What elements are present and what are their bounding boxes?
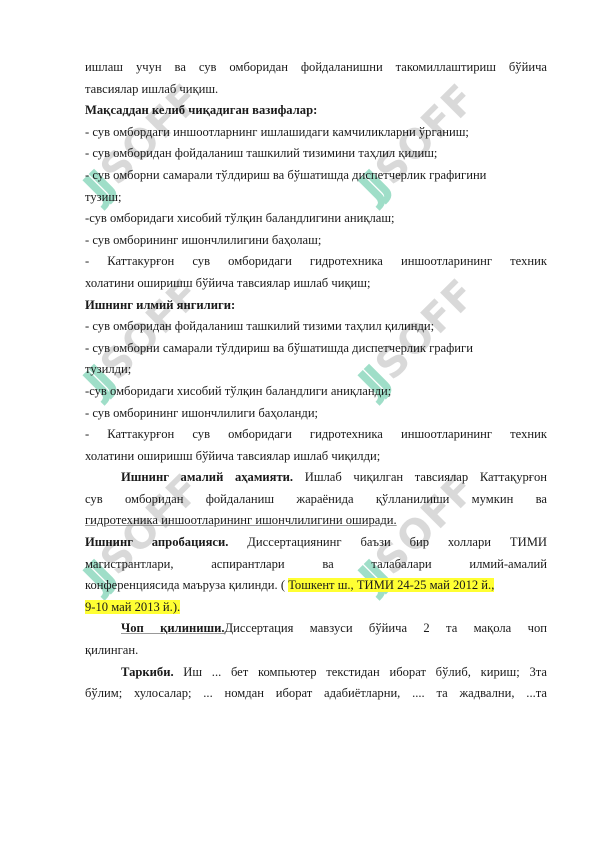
text-line: холатини оширишш бўйича тавсиялар ишлаб … [85, 273, 547, 295]
text-line: - сув омборидан фойдаланиш ташкилий тизи… [85, 143, 547, 165]
structure-heading: Таркиби. [121, 665, 174, 679]
document-page: ишлаш учун ва сув омборидан фойдаланишни… [85, 57, 547, 705]
highlighted-citation: 9-10 май 2013 й.). [85, 600, 180, 614]
body-lines: ишлаш учун ва сув омборидан фойдаланишни… [85, 57, 547, 467]
approbation-paragraph: Ишнинг апробацияси. Диссертациянинг баъз… [85, 532, 547, 554]
publication-heading: Чоп қилиниши. [121, 621, 225, 635]
approbation-heading: Ишнинг апробацияси. [85, 535, 228, 549]
text-line: - сув омборни самарали тўлдириш ва бўшат… [85, 165, 547, 187]
text-line: - Каттакурғон сув омборидаги гидротехник… [85, 424, 547, 446]
text-line: - сув омборни самарали тўлдириш ва бўшат… [85, 338, 547, 360]
publication-paragraph: Чоп қилиниши.Диссертация мавзуси бўйича … [85, 618, 547, 640]
text-line: - сув омборидан фойдаланиш ташкилий тизи… [85, 316, 547, 338]
text-line: ишлаш учун ва сув омборидан фойдаланишни… [85, 57, 547, 79]
text-line: -сув омборидаги хисобий тўлқин баландлиг… [85, 208, 547, 230]
structure-paragraph: Таркиби. Иш ... бет компьютер текстидан … [85, 662, 547, 684]
practical-heading: Ишнинг амалий аҳамияти. [121, 470, 293, 484]
text-line: - сув омбордаги иншоотларнинг ишлашидаги… [85, 122, 547, 144]
text-line: тавсиялар ишлаб чиқиш. [85, 79, 547, 101]
highlighted-citation: Тошкент ш., ТИМИ 24-25 май 2012 й., [288, 578, 494, 592]
text-line: - Каттакурғон сув омборидаги гидротехник… [85, 251, 547, 273]
section-heading: Мақсаддан келиб чиқадиган вазифалар: [85, 100, 547, 122]
text-line: - сув омборининг ишончлилиги баҳоланди; [85, 403, 547, 425]
text-line: тузиш; [85, 187, 547, 209]
section-heading: Ишнинг илмий янгилиги: [85, 295, 547, 317]
practical-paragraph: Ишнинг амалий аҳамияти. Ишлаб чиқилган т… [85, 467, 547, 489]
text-line: тузилди; [85, 359, 547, 381]
text-line: холатини оширишш бўйича тавсиялар ишлаб … [85, 446, 547, 468]
text-line: - сув омборининг ишончлилигини баҳолаш; [85, 230, 547, 252]
text-line: -сув омборидаги хисобий тўлқин баландлиг… [85, 381, 547, 403]
